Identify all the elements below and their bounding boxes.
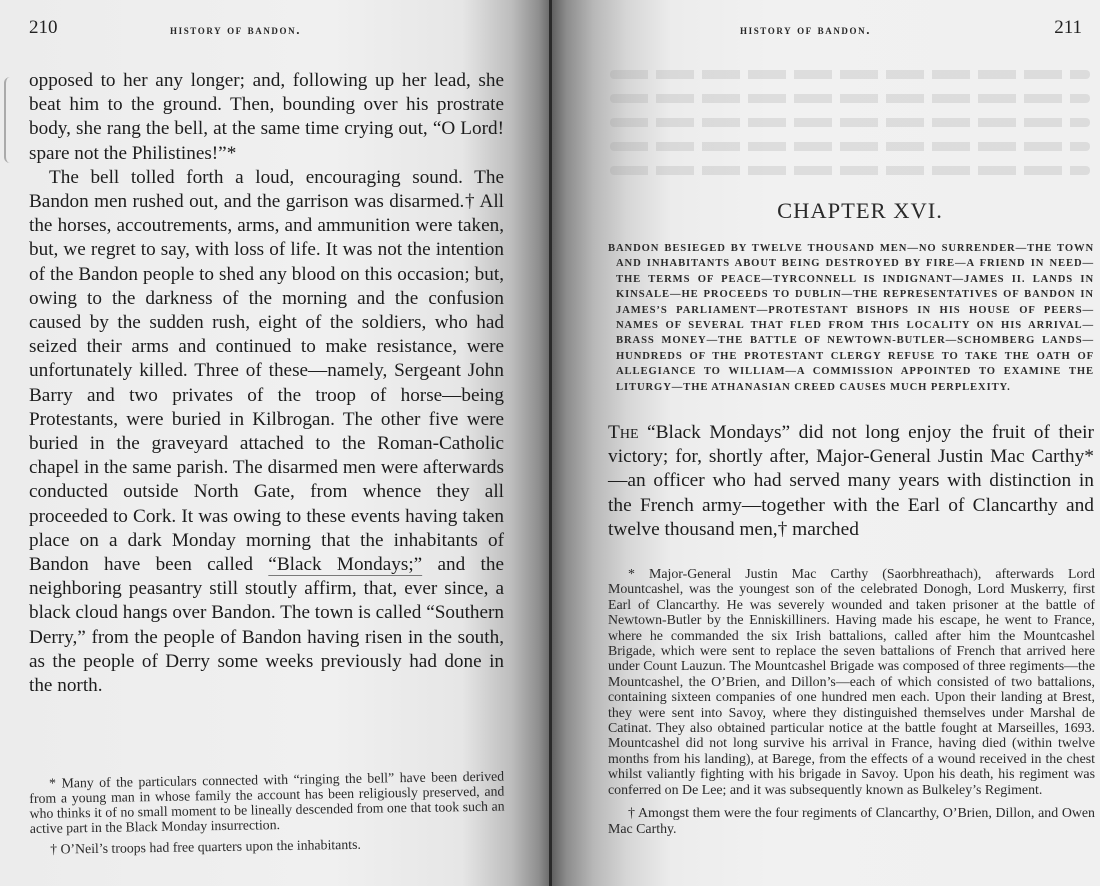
chapter-synopsis: Bandon besieged by twelve thousand men—N… xyxy=(608,241,1094,395)
page-number: 210 xyxy=(29,17,58,39)
footnotes: * Many of the particulars connected with… xyxy=(29,769,505,863)
footnote: * Major-General Justin Mac Carthy (Saorb… xyxy=(608,567,1095,798)
footnotes: * Major-General Justin Mac Carthy (Saorb… xyxy=(608,567,1095,845)
running-head: HISTORY OF BANDON. xyxy=(170,22,301,38)
pencil-margin-mark xyxy=(4,77,14,163)
chapter-title: CHAPTER XVI. xyxy=(550,198,1100,224)
footnote: * Many of the particulars connected with… xyxy=(29,769,505,836)
body-text: The “Black Mondays” did not long enjoy t… xyxy=(608,421,1094,542)
page-number: 211 xyxy=(1054,17,1082,39)
running-head: HISTORY OF BANDON. xyxy=(740,22,871,38)
bleed-through-text xyxy=(610,70,1090,190)
body-text: opposed to her any longer; and, followin… xyxy=(29,69,504,698)
paragraph: The “Black Mondays” did not long enjoy t… xyxy=(608,421,1094,542)
right-page: HISTORY OF BANDON. 211 CHAPTER XVI. Band… xyxy=(550,0,1100,886)
footnote: † Amongst them were the four regiments o… xyxy=(608,806,1095,837)
paragraph: opposed to her any longer; and, followin… xyxy=(29,69,504,166)
left-page: 210 HISTORY OF BANDON. opposed to her an… xyxy=(0,0,550,886)
footnote: † O’Neil’s troops had free quarters upon… xyxy=(30,835,505,857)
book-gutter xyxy=(549,0,552,886)
paragraph: The bell tolled forth a loud, encouragin… xyxy=(29,166,504,698)
opening-word: The xyxy=(608,422,639,443)
pencil-underline: “Black Mondays;” xyxy=(268,554,422,575)
